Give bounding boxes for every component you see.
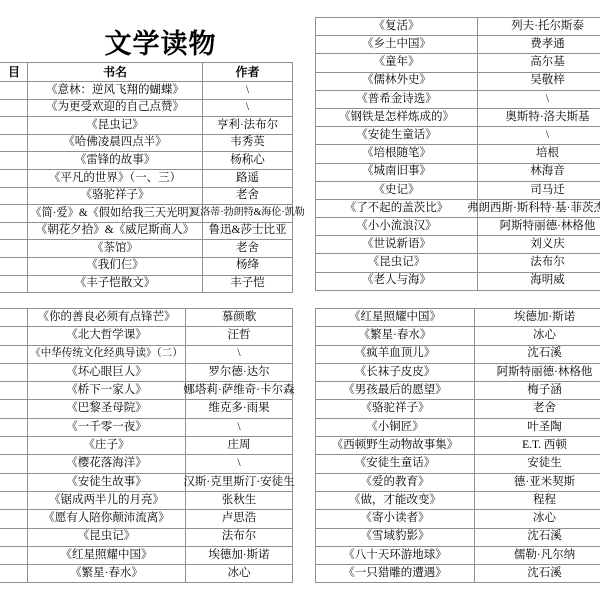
author-cell: 张秋生	[186, 492, 293, 509]
book-title-cell: 《了不起的盖茨比》	[316, 200, 478, 217]
table-row: 《繁星·春水》冰心	[0, 565, 293, 583]
book-title-cell: 《童年》	[316, 54, 478, 71]
book-title-cell: 《简·爱》&《假如给我三天光明》	[28, 205, 203, 222]
table-row: 《八十天环游地球》儒勒·凡尔纳	[316, 547, 600, 565]
book-title-cell: 《我们仨》	[28, 258, 203, 275]
book-title-cell: 《男孩最后的愿望》	[316, 382, 475, 399]
book-title-cell: 《你的善良必须有点锋芒》	[28, 309, 186, 326]
index-cell	[0, 346, 28, 363]
book-title-cell: 《一千零一夜》	[28, 419, 186, 436]
table-row: 《昆虫记》亨利·法布尔	[0, 117, 293, 135]
author-cell: 夏洛蒂·勃朗特&海伦·凯勒	[203, 205, 293, 222]
book-title-cell: 《爱的教育》	[316, 474, 475, 491]
table-row: 《长袜子皮皮》阿斯特丽德·林格他	[316, 364, 600, 382]
book-title-cell: 《雪域豹影》	[316, 529, 475, 546]
book-title-cell: 《老人与海》	[316, 273, 478, 290]
index-cell	[0, 437, 28, 454]
author-cell: \	[478, 91, 600, 108]
author-cell: 杨称心	[203, 152, 293, 169]
author-cell: 亨利·法布尔	[203, 117, 293, 134]
author-cell: 梅子涵	[475, 382, 600, 399]
book-title-cell: 《世说新语》	[316, 236, 478, 253]
book-title-cell: 《红星照耀中国》	[28, 547, 186, 564]
header-row: 目书名作者	[0, 63, 293, 82]
table-row: 《普希金诗选》\	[316, 91, 600, 109]
table-row: 《意林：逆风飞翔的蝴蝶》\	[0, 82, 293, 100]
book-title-cell: 《骆驼祥子》	[28, 188, 203, 205]
author-cell: 林海音	[478, 164, 600, 181]
table-row: 《平凡的世界》（一、三）路遥	[0, 170, 293, 188]
table-row: 《哈佛凌晨四点半》韦秀英	[0, 135, 293, 153]
author-cell: 叶圣陶	[475, 419, 600, 436]
table-row: 《小小流浪汉》阿斯特丽德·林格他	[316, 218, 600, 236]
table-row: 《樱花落海洋》\	[0, 455, 293, 473]
table-row: 《安徒生童话》\	[316, 127, 600, 145]
author-cell: 弗朗西斯·斯科特·基·菲茨杰拉德	[478, 200, 600, 217]
index-cell	[0, 419, 28, 436]
author-cell: 沈石溪	[475, 565, 600, 582]
reading-list-table-top-left: 目书名作者《意林：逆风飞翔的蝴蝶》\《为更受欢迎的自己点赞》\《昆虫记》亨利·法…	[0, 62, 293, 293]
author-cell: 卢思浩	[186, 510, 293, 527]
table-row: 《一只猎雕的遭遇》沈石溪	[316, 565, 600, 583]
reading-list-table-top-right: 《复活》列夫·托尔斯泰《乡土中国》费孝通《童年》高尔基《儒林外史》吴敬梓《普希金…	[315, 17, 600, 291]
index-cell	[0, 170, 28, 187]
author-cell: 司马迁	[478, 182, 600, 199]
table-row: 《锯成两半儿的月亮》张秋生	[0, 492, 293, 510]
table-row: 《了不起的盖茨比》弗朗西斯·斯科特·基·菲茨杰拉德	[316, 200, 600, 218]
author-cell: 维克多·雨果	[186, 400, 293, 417]
table-row: 《复活》列夫·托尔斯泰	[316, 18, 600, 36]
author-cell: 杨绛	[203, 258, 293, 275]
author-cell: \	[203, 100, 293, 117]
book-title-cell: 《安徒生童话》	[316, 455, 475, 472]
table-row: 《中华传统文化经典导读》（二）\	[0, 346, 293, 364]
index-cell	[0, 82, 28, 99]
book-title-cell: 《锯成两半儿的月亮》	[28, 492, 186, 509]
index-cell	[0, 117, 28, 134]
table-row: 《朝花夕拾》&《威尼斯商人》鲁迅&莎士比亚	[0, 223, 293, 241]
table-row: 《童年》高尔基	[316, 54, 600, 72]
author-cell: 庄周	[186, 437, 293, 454]
author-cell: 慕颜歌	[186, 309, 293, 326]
book-title-cell: 《坏心眼巨人》	[28, 364, 186, 381]
author-cell: 老舍	[203, 188, 293, 205]
table-row: 《庄子》庄周	[0, 437, 293, 455]
table-row: 《我们仨》杨绛	[0, 258, 293, 276]
book-title-cell: 《繁星·春水》	[316, 327, 475, 344]
book-title-cell: 《骆驼祥子》	[316, 400, 475, 417]
author-cell: 吴敬梓	[478, 73, 600, 90]
book-title-cell: 《培根随笔》	[316, 145, 478, 162]
book-title-cell: 《丰子恺散文》	[28, 276, 203, 293]
document-page: 文学读物 目书名作者《意林：逆风飞翔的蝴蝶》\《为更受欢迎的自己点赞》\《昆虫记…	[0, 0, 600, 600]
book-title-cell: 《昆虫记》	[28, 117, 203, 134]
author-cell: 冰心	[475, 510, 600, 527]
author-cell: 埃德加·斯诺	[186, 547, 293, 564]
book-title-cell: 《西顿野生动物故事集》	[316, 437, 475, 454]
table-row: 《钢铁是怎样炼成的》奥斯特·洛夫斯基	[316, 109, 600, 127]
author-cell: E.T. 西顿	[475, 437, 600, 454]
table-row: 《寄小读者》冰心	[316, 510, 600, 528]
table-row: 《儒林外史》吴敬梓	[316, 73, 600, 91]
table-row: 《安徒生故事》汉斯·克里斯汀·安徒生	[0, 474, 293, 492]
book-title-cell: 《红星照耀中国》	[316, 309, 475, 326]
table-row: 《茶馆》老舍	[0, 240, 293, 258]
table-row: 《城南旧事》林海音	[316, 164, 600, 182]
table-row: 《简·爱》&《假如给我三天光明》夏洛蒂·勃朗特&海伦·凯勒	[0, 205, 293, 223]
book-header-cell: 书名	[28, 63, 203, 81]
author-cell: 沈石溪	[475, 529, 600, 546]
table-row: 《桥下一家人》娜塔莉·萨维奇·卡尔森	[0, 382, 293, 400]
reading-list-table-bottom-right: 《红星照耀中国》埃德加·斯诺《繁星·春水》冰心《疯羊血顶儿》沈石溪《长袜子皮皮》…	[315, 308, 600, 583]
book-title-cell: 《樱花落海洋》	[28, 455, 186, 472]
author-cell: 路遥	[203, 170, 293, 187]
table-row: 《老人与海》海明威	[316, 273, 600, 291]
index-cell	[0, 223, 28, 240]
author-cell: 汪哲	[186, 327, 293, 344]
table-row: 《愿有人陪你颠沛流离》卢思浩	[0, 510, 293, 528]
author-cell: 老舍	[203, 240, 293, 257]
book-title-cell: 《疯羊血顶儿》	[316, 346, 475, 363]
author-cell: 法布尔	[478, 254, 600, 271]
reading-list-table-bottom-left: 《你的善良必须有点锋芒》慕颜歌《北大哲学课》汪哲《中华传统文化经典导读》（二）\…	[0, 308, 293, 583]
table-row: 《昆虫记》法布尔	[0, 529, 293, 547]
author-cell: 冰心	[186, 565, 293, 582]
index-cell	[0, 492, 28, 509]
book-title-cell: 《平凡的世界》（一、三）	[28, 170, 203, 187]
table-row: 《红星照耀中国》埃德加·斯诺	[316, 309, 600, 327]
table-row: 《你的善良必须有点锋芒》慕颜歌	[0, 309, 293, 327]
book-title-cell: 《茶馆》	[28, 240, 203, 257]
table-row: 《做，才能改变》程程	[316, 492, 600, 510]
index-cell	[0, 327, 28, 344]
book-title-cell: 《昆虫记》	[316, 254, 478, 271]
index-cell	[0, 135, 28, 152]
book-title-cell: 《小小流浪汉》	[316, 218, 478, 235]
author-header-cell: 作者	[203, 63, 293, 81]
table-row: 《世说新语》刘义庆	[316, 236, 600, 254]
author-cell: 埃德加·斯诺	[475, 309, 600, 326]
book-title-cell: 《哈佛凌晨四点半》	[28, 135, 203, 152]
author-cell: 沈石溪	[475, 346, 600, 363]
index-cell	[0, 100, 28, 117]
index-cell	[0, 152, 28, 169]
index-header-cell: 目	[0, 63, 28, 81]
author-cell: 娜塔莉·萨维奇·卡尔森	[186, 382, 293, 399]
author-cell: \	[203, 82, 293, 99]
book-title-cell: 《北大哲学课》	[28, 327, 186, 344]
book-title-cell: 《寄小读者》	[316, 510, 475, 527]
author-cell: 老舍	[475, 400, 600, 417]
book-title-cell: 《繁星·春水》	[28, 565, 186, 582]
table-row: 《骆驼祥子》老舍	[316, 400, 600, 418]
author-cell: 罗尔德·达尔	[186, 364, 293, 381]
table-row: 《西顿野生动物故事集》E.T. 西顿	[316, 437, 600, 455]
book-title-cell: 《八十天环游地球》	[316, 547, 475, 564]
author-cell: 韦秀英	[203, 135, 293, 152]
index-cell	[0, 400, 28, 417]
author-cell: 列夫·托尔斯泰	[478, 18, 600, 35]
book-title-cell: 《安徒生故事》	[28, 474, 186, 491]
author-cell: 海明威	[478, 273, 600, 290]
book-title-cell: 《为更受欢迎的自己点赞》	[28, 100, 203, 117]
author-cell: 刘义庆	[478, 236, 600, 253]
author-cell: 奥斯特·洛夫斯基	[478, 109, 600, 126]
table-row: 《红星照耀中国》埃德加·斯诺	[0, 547, 293, 565]
author-cell: 法布尔	[186, 529, 293, 546]
index-cell	[0, 474, 28, 491]
index-cell	[0, 188, 28, 205]
book-title-cell: 《一只猎雕的遭遇》	[316, 565, 475, 582]
index-cell	[0, 364, 28, 381]
author-cell: 高尔基	[478, 54, 600, 71]
author-cell: 德·亚米契斯	[475, 474, 600, 491]
index-cell	[0, 240, 28, 257]
book-title-cell: 《复活》	[316, 18, 478, 35]
author-cell: 费孝通	[478, 36, 600, 53]
author-cell: 培根	[478, 145, 600, 162]
author-cell: \	[186, 346, 293, 363]
table-row: 《北大哲学课》汪哲	[0, 327, 293, 345]
book-title-cell: 《长袜子皮皮》	[316, 364, 475, 381]
author-cell: 鲁迅&莎士比亚	[203, 223, 293, 240]
table-row: 《疯羊血顶儿》沈石溪	[316, 346, 600, 364]
table-row: 《繁星·春水》冰心	[316, 327, 600, 345]
author-cell: 冰心	[475, 327, 600, 344]
book-title-cell: 《小铜匠》	[316, 419, 475, 436]
book-title-cell: 《史记》	[316, 182, 478, 199]
author-cell: 阿斯特丽德·林格他	[475, 364, 600, 381]
table-row: 《一千零一夜》\	[0, 419, 293, 437]
table-row: 《为更受欢迎的自己点赞》\	[0, 100, 293, 118]
index-cell	[0, 205, 28, 222]
index-cell	[0, 529, 28, 546]
book-title-cell: 《意林：逆风飞翔的蝴蝶》	[28, 82, 203, 99]
page-title: 文学读物	[28, 22, 293, 61]
index-cell	[0, 565, 28, 582]
table-row: 《巴黎圣母院》维克多·雨果	[0, 400, 293, 418]
table-row: 《安徒生童话》安徒生	[316, 455, 600, 473]
book-title-cell: 《愿有人陪你颠沛流离》	[28, 510, 186, 527]
author-cell: 儒勒·凡尔纳	[475, 547, 600, 564]
table-row: 《男孩最后的愿望》梅子涵	[316, 382, 600, 400]
index-cell	[0, 510, 28, 527]
index-cell	[0, 547, 28, 564]
index-cell	[0, 309, 28, 326]
book-title-cell: 《儒林外史》	[316, 73, 478, 90]
author-cell: 阿斯特丽德·林格他	[478, 218, 600, 235]
author-cell: \	[186, 455, 293, 472]
index-cell	[0, 455, 28, 472]
table-row: 《雷锋的故事》杨称心	[0, 152, 293, 170]
author-cell: 安徒生	[475, 455, 600, 472]
table-row: 《小铜匠》叶圣陶	[316, 419, 600, 437]
book-title-cell: 《庄子》	[28, 437, 186, 454]
book-title-cell: 《乡土中国》	[316, 36, 478, 53]
index-cell	[0, 382, 28, 399]
table-row: 《昆虫记》法布尔	[316, 254, 600, 272]
book-title-cell: 《安徒生童话》	[316, 127, 478, 144]
book-title-cell: 《中华传统文化经典导读》（二）	[28, 346, 186, 363]
index-cell	[0, 276, 28, 293]
author-cell: \	[478, 127, 600, 144]
author-cell: 程程	[475, 492, 600, 509]
table-row: 《雪域豹影》沈石溪	[316, 529, 600, 547]
author-cell: 丰子恺	[203, 276, 293, 293]
index-cell	[0, 258, 28, 275]
book-title-cell: 《钢铁是怎样炼成的》	[316, 109, 478, 126]
table-row: 《丰子恺散文》丰子恺	[0, 276, 293, 294]
book-title-cell: 《朝花夕拾》&《威尼斯商人》	[28, 223, 203, 240]
table-row: 《培根随笔》培根	[316, 145, 600, 163]
book-title-cell: 《城南旧事》	[316, 164, 478, 181]
book-title-cell: 《昆虫记》	[28, 529, 186, 546]
book-title-cell: 《桥下一家人》	[28, 382, 186, 399]
author-cell: \	[186, 419, 293, 436]
book-title-cell: 《雷锋的故事》	[28, 152, 203, 169]
book-title-cell: 《普希金诗选》	[316, 91, 478, 108]
table-row: 《史记》司马迁	[316, 182, 600, 200]
book-title-cell: 《巴黎圣母院》	[28, 400, 186, 417]
table-row: 《坏心眼巨人》罗尔德·达尔	[0, 364, 293, 382]
table-row: 《骆驼祥子》老舍	[0, 188, 293, 206]
author-cell: 汉斯·克里斯汀·安徒生	[186, 474, 293, 491]
book-title-cell: 《做，才能改变》	[316, 492, 475, 509]
table-row: 《乡土中国》费孝通	[316, 36, 600, 54]
table-row: 《爱的教育》德·亚米契斯	[316, 474, 600, 492]
